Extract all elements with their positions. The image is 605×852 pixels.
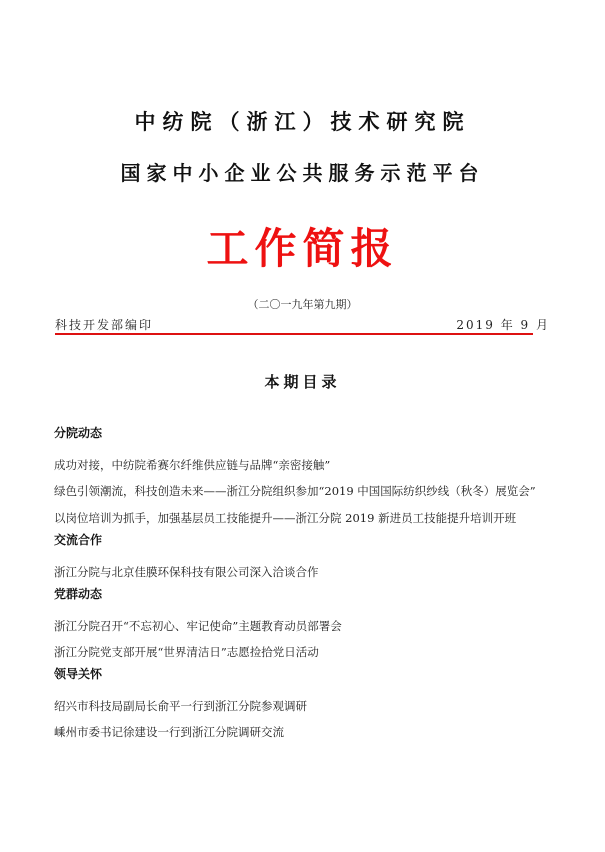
bulletin-title: 工作简报 <box>0 228 605 270</box>
toc-section-heading: 分院动态 <box>54 424 554 443</box>
toc-item[interactable]: 浙江分院与北京佳膜环保科技有限公司深入洽谈合作 <box>54 559 554 585</box>
toc-item[interactable]: 以岗位培训为抓手，加强基层员工技能提升——浙江分院 2019 新进员工技能提升培… <box>54 505 554 531</box>
toc-item[interactable]: 浙江分院党支部开展“世界清洁日”志愿捡拾党日活动 <box>54 639 554 665</box>
toc-item[interactable]: 成功对接，中纺院希赛尔纤维供应链与品牌“亲密接触” <box>54 452 554 478</box>
toc-section-heading: 党群动态 <box>54 585 554 604</box>
table-of-contents: 分院动态 成功对接，中纺院希赛尔纤维供应链与品牌“亲密接触” 绿色引领潮流，科技… <box>54 424 554 745</box>
toc-title: 本期目录 <box>0 371 605 392</box>
toc-item[interactable]: 绿色引领潮流，科技创造未来——浙江分院组织参加“2019 中国国际纺织纱线（秋冬… <box>54 478 554 505</box>
editor-department: 科技开发部编印 <box>55 316 153 333</box>
publish-date: 2019 年 9 月 <box>456 316 550 333</box>
editor-line: 科技开发部编印 2019 年 9 月 <box>55 316 550 334</box>
toc-item[interactable]: 嵊州市委书记徐建设一行到浙江分院调研交流 <box>54 719 554 745</box>
issue-number: （二〇一九年第九期） <box>0 296 605 312</box>
toc-section-heading: 交流合作 <box>54 531 554 550</box>
platform-name-line: 国家中小企业公共服务示范平台 <box>0 157 605 186</box>
toc-item[interactable]: 浙江分院召开“不忘初心、牢记使命”主题教育动员部署会 <box>54 613 554 639</box>
toc-item[interactable]: 绍兴市科技局副局长俞平一行到浙江分院参观调研 <box>54 693 554 719</box>
document-page: 中纺院（浙江）技术研究院 国家中小企业公共服务示范平台 工作简报 （二〇一九年第… <box>0 0 605 852</box>
toc-section-heading: 领导关怀 <box>54 665 554 684</box>
org-name-line: 中纺院（浙江）技术研究院 <box>0 106 605 136</box>
red-divider <box>55 333 533 335</box>
